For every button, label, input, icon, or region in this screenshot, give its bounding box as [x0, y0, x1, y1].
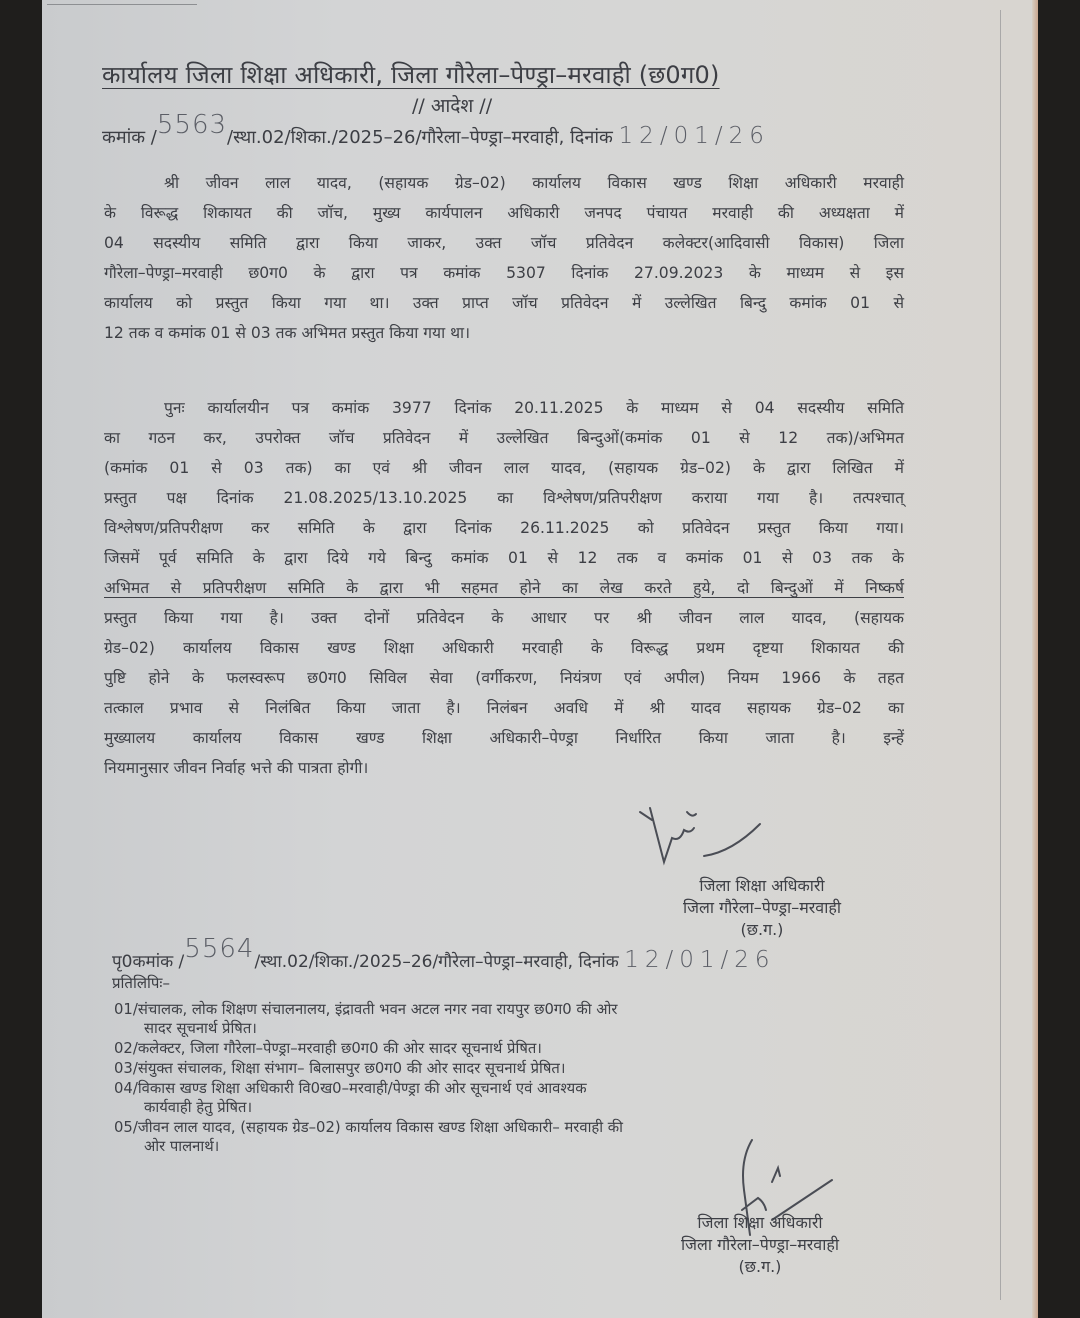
paragraph-line: कार्यालय को प्रस्तुत किया गया था। उक्त प…	[104, 288, 904, 318]
office-title: कार्यालय जिला शिक्षा अधिकारी, जिला गौरेल…	[102, 58, 720, 91]
copy-item: 04/विकास खण्ड शिक्षा अधिकारी वि0ख0–मरवाह…	[114, 1079, 894, 1117]
order-paragraph-2: पुनः कार्यालयीन पत्र कमांक 3977 दिनांक 2…	[104, 393, 904, 783]
order-reference-line: कमांक /5563/स्था.02/शिका./2025–26/गौरेला…	[102, 120, 770, 150]
copy-to-label: प्रतिलिपिः–	[112, 973, 170, 993]
endorsement-ref-suffix: /स्था.02/शिका./2025–26/गौरेला–पेण्ड्रा–म…	[254, 952, 618, 972]
paragraph-line: का गठन कर, उपरोक्त जॉच प्रतिवेदन में उल्…	[104, 423, 904, 453]
paragraph-line: 04 सदस्यीय समिति द्वारा किया जाकर, उक्त …	[104, 228, 904, 258]
signatory-district: जिला गौरेला–पेण्ड्रा–मरवाही	[630, 1234, 890, 1256]
signature-block-2: जिला शिक्षा अधिकारी जिला गौरेला–पेण्ड्रा…	[630, 1212, 890, 1278]
signatory-state: (छ.ग.)	[630, 1256, 890, 1278]
ref-prefix: कमांक /	[102, 127, 157, 148]
copy-item: 02/कलेक्टर, जिला गौरेला–पेण्ड्रा–मरवाही …	[114, 1039, 894, 1058]
paragraph-line: तत्काल प्रभाव से निलंबित किया जाता है। न…	[104, 693, 904, 723]
copy-item: 01/संचालक, लोक शिक्षण संचालनालय, इंद्राव…	[114, 1000, 894, 1038]
paragraph-line: ग्रेड–02) कार्यालय विकास खण्ड शिक्षा अधि…	[104, 633, 904, 663]
signatory-title: जिला शिक्षा अधिकारी	[630, 1212, 890, 1234]
endorsement-date-handwritten: 12/01/26	[624, 947, 775, 973]
order-paragraph-1: श्री जीवन लाल यादव, (सहायक ग्रेड–02) कार…	[104, 168, 904, 348]
ref-suffix: /स्था.02/शिका./2025–26/गौरेला–पेण्ड्रा–म…	[227, 127, 613, 148]
paragraph-line: (कमांक 01 से 03 तक) का एवं श्री जीवन लाल…	[104, 453, 904, 483]
signatory-state: (छ.ग.)	[622, 919, 902, 941]
paragraph-line: विश्लेषण/प्रतिपरीक्षण कर समिति के द्वारा…	[104, 513, 904, 543]
document-page: कार्यालय जिला शिक्षा अधिकारी, जिला गौरेल…	[42, 0, 1038, 1318]
paragraph-line: श्री जीवन लाल यादव, (सहायक ग्रेड–02) कार…	[104, 168, 904, 198]
copy-item: 03/संयुक्त संचालक, शिक्षा संभाग– बिलासपु…	[114, 1059, 894, 1078]
page-top-rule	[47, 4, 197, 5]
order-title: // आदेश //	[412, 92, 492, 118]
paragraph-line: पुनः कार्यालयीन पत्र कमांक 3977 दिनांक 2…	[104, 393, 904, 423]
ref-date-handwritten: 12/01/26	[619, 123, 770, 149]
paragraph-line: प्रस्तुत किया गया है। उक्त दोनों प्रतिवे…	[104, 603, 904, 633]
signatory-district: जिला गौरेला–पेण्ड्रा–मरवाही	[622, 897, 902, 919]
signatory-title: जिला शिक्षा अधिकारी	[622, 875, 902, 897]
endorsement-ref-prefix: पृ0कमांक /	[112, 952, 184, 972]
ref-number-handwritten: 5563	[157, 110, 227, 140]
paragraph-line-underlined: अभिमत से प्रतिपरीक्षण समिति के द्वारा भी…	[104, 573, 904, 603]
paragraph-line: प्रस्तुत पक्ष दिनांक 21.08.2025/13.10.20…	[104, 483, 904, 513]
paragraph-line: नियमानुसार जीवन निर्वाह भत्ते की पात्रता…	[104, 753, 904, 783]
endorsement-reference-line: पृ0कमांक /5564/स्था.02/शिका./2025–26/गौर…	[112, 944, 776, 974]
paragraph-line: के विरूद्ध शिकायत की जॉच, मुख्य कार्यपाल…	[104, 198, 904, 228]
signature-block-1: जिला शिक्षा अधिकारी जिला गौरेला–पेण्ड्रा…	[622, 875, 902, 941]
paragraph-line: 12 तक व कमांक 01 से 03 तक अभिमत प्रस्तुत…	[104, 318, 904, 348]
margin-rule	[1000, 10, 1001, 1300]
paragraph-line: पुष्टि होने के फलस्वरूप छ0ग0 सिविल सेवा …	[104, 663, 904, 693]
paragraph-line: जिसमें पूर्व समिति के द्वारा दिये गये बि…	[104, 543, 904, 573]
paragraph-line: गौरेला–पेण्ड्रा–मरवाही छ0ग0 के द्वारा पत…	[104, 258, 904, 288]
paragraph-line: मुख्यालय कार्यालय विकास खण्ड शिक्षा अधिक…	[104, 723, 904, 753]
signature-scribble-1	[632, 800, 792, 880]
endorsement-ref-number-handwritten: 5564	[184, 934, 254, 964]
